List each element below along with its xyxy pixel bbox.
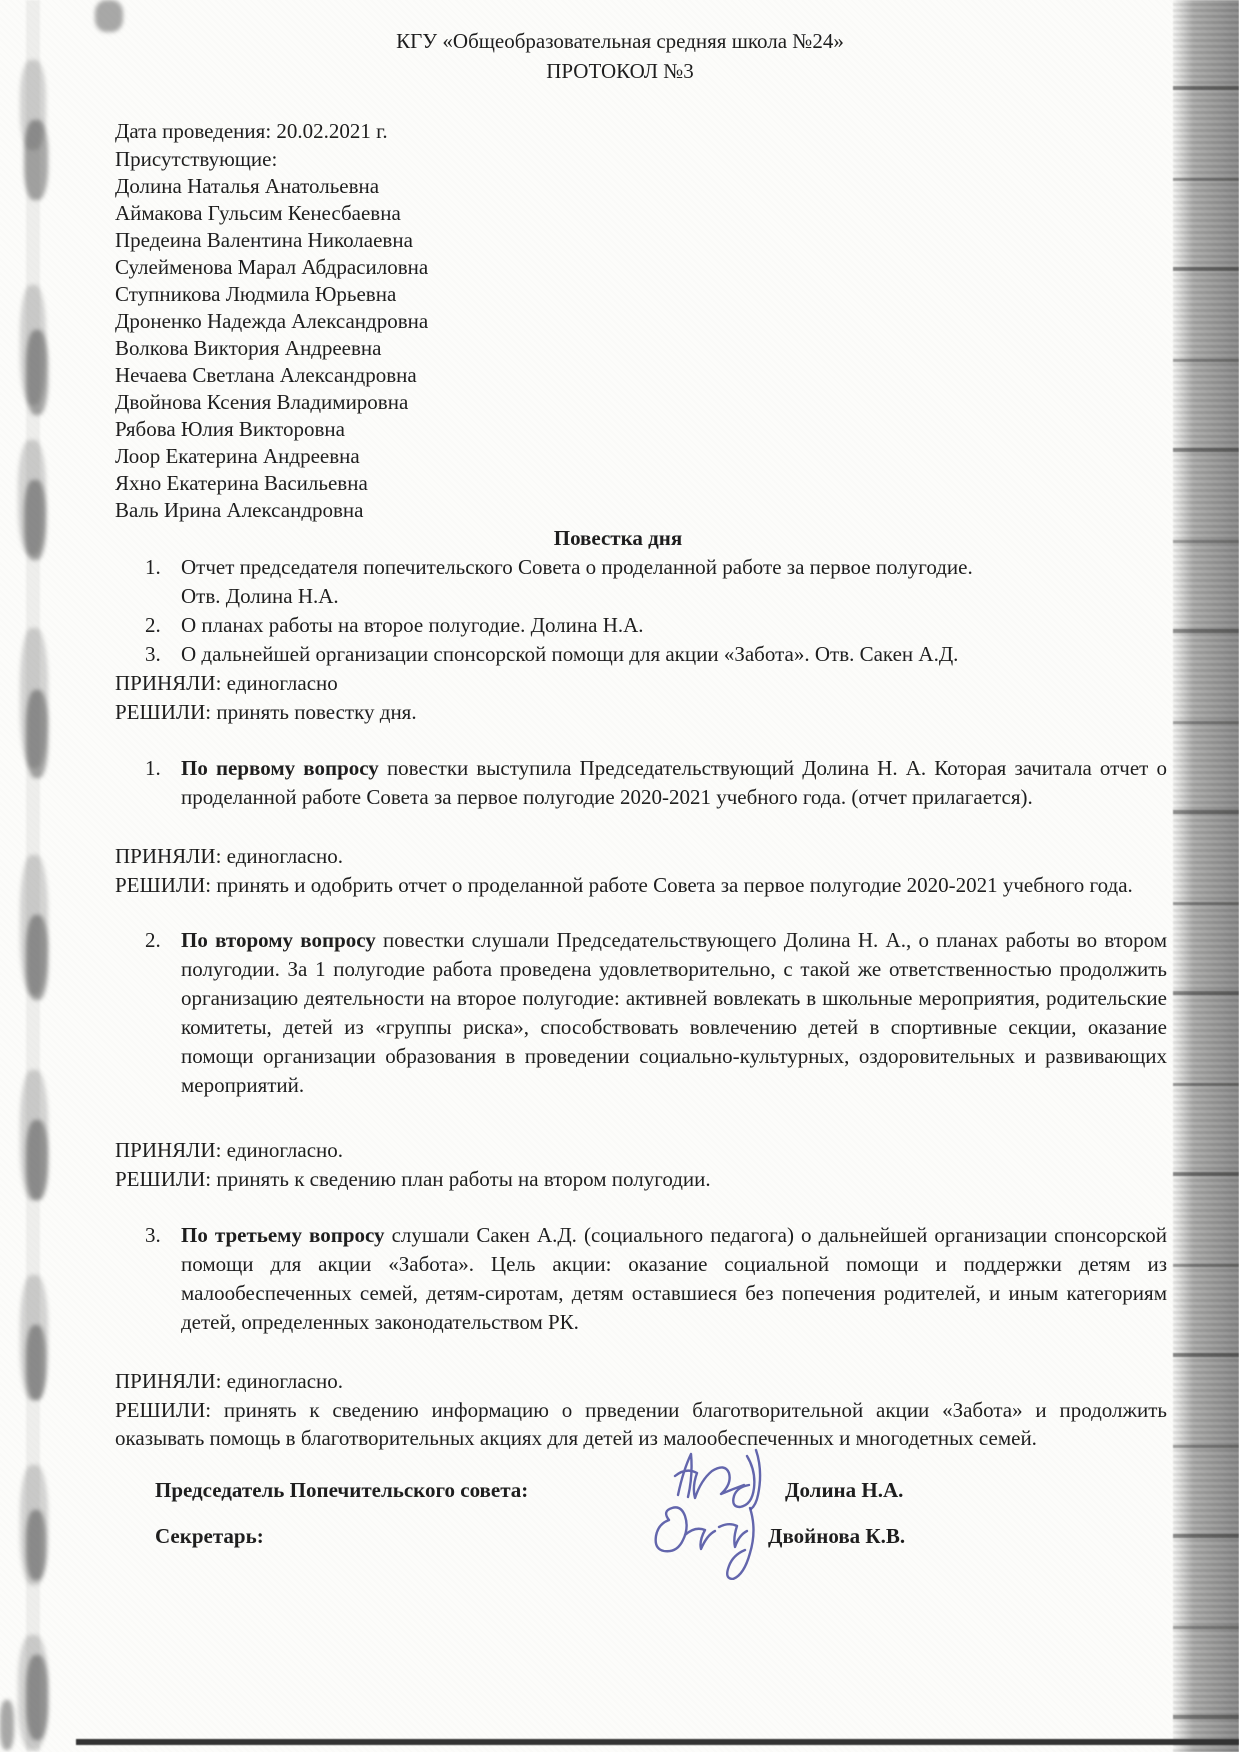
- document-title: КГУ «Общеобразовательная средняя школа №…: [115, 26, 1125, 86]
- section-2-resolution: ПРИНЯЛИ: единогласно. РЕШИЛИ: принять к …: [115, 1136, 1167, 1193]
- section-body-text: повестки слушали Председательствующего Д…: [181, 928, 1167, 1097]
- attendee-name: Дроненко Надежда Александровна: [115, 308, 1167, 335]
- scan-smudge: [26, 690, 48, 778]
- attendee-name: Двойнова Ксения Владимировна: [115, 389, 1167, 416]
- agenda-adopted-line: ПРИНЯЛИ: единогласно: [115, 669, 1167, 698]
- adopted-line: ПРИНЯЛИ: единогласно.: [115, 842, 1167, 871]
- chair-label: Председатель Попечительского совета:: [155, 1478, 528, 1502]
- resolved-line: РЕШИЛИ: принять к сведению план работы н…: [115, 1165, 1167, 1194]
- scan-smudge: [26, 1655, 48, 1740]
- attendees-label: Присутствующие:: [115, 146, 1167, 174]
- attendee-name: Валь Ирина Александровна: [115, 497, 1167, 524]
- attendee-name: Волкова Виктория Андреевна: [115, 335, 1167, 362]
- section-number: 1.: [145, 754, 161, 783]
- protocol-number: ПРОТОКОЛ №3: [115, 56, 1125, 86]
- meta-block: Дата проведения: 20.02.2021 г. Присутств…: [115, 118, 1167, 173]
- attendees-list: Долина Наталья Анатольевна Аймакова Гуль…: [115, 173, 1167, 524]
- agenda-item-1: 1. Отчет председателя попечительского Со…: [145, 553, 1167, 611]
- attendee-name: Ступникова Людмила Юрьевна: [115, 281, 1167, 308]
- attendee-name: Яхно Екатерина Васильевна: [115, 470, 1167, 497]
- scan-smudge: [26, 915, 48, 1000]
- section-3-resolution: ПРИНЯЛИ: единогласно. РЕШИЛИ: принять к …: [115, 1367, 1167, 1453]
- section-1: 1. По первому вопросу повестки выступила…: [145, 754, 1167, 812]
- adopted-line: ПРИНЯЛИ: единогласно.: [115, 1136, 1167, 1165]
- resolved-line: РЕШИЛИ: принять и одобрить отчет о проде…: [115, 871, 1167, 900]
- document-body: КГУ «Общеобразовательная средняя школа №…: [115, 26, 1167, 1605]
- attendee-name: Сулейменова Марал Абдрасиловна: [115, 254, 1167, 281]
- section-1-resolution: ПРИНЯЛИ: единогласно. РЕШИЛИ: принять и …: [115, 842, 1167, 899]
- attendee-name: Рябова Юлия Викторовна: [115, 416, 1167, 443]
- adopted-line: ПРИНЯЛИ: единогласно.: [115, 1367, 1167, 1396]
- chair-name: Долина Н.А.: [785, 1475, 903, 1505]
- resolved-line: РЕШИЛИ: принять к сведению информацию о …: [115, 1396, 1167, 1453]
- section-2: 2. По второму вопросу повестки слушали П…: [145, 926, 1167, 1100]
- secretary-name: Двойнова К.В.: [768, 1521, 905, 1551]
- scan-smudge: [95, 0, 123, 32]
- section-lead: По первому вопросу: [181, 756, 379, 780]
- agenda-resolved-line: РЕШИЛИ: принять повестку дня.: [115, 698, 1167, 727]
- scan-smudge: [26, 1510, 46, 1580]
- agenda-list: 1. Отчет председателя попечительского Со…: [115, 553, 1167, 669]
- agenda-item-number: 1.: [145, 553, 161, 582]
- agenda-item-text: О дальнейшей организации спонсорской пом…: [181, 642, 958, 666]
- attendee-name: Аймакова Гульсим Кенесбаевна: [115, 200, 1167, 227]
- attendee-name: Предеина Валентина Николаевна: [115, 227, 1167, 254]
- school-name: КГУ «Общеобразовательная средняя школа №…: [115, 26, 1125, 56]
- secretary-signature-row: Секретарь: Двойнова К.В.: [155, 1521, 1167, 1567]
- scan-smudge: [0, 1700, 14, 1750]
- agenda-item-number: 2.: [145, 611, 161, 640]
- agenda-item-2: 2. О планах работы на второе полугодие. …: [145, 611, 1167, 640]
- section-3: 3. По третьему вопросу слушали Сакен А.Д…: [145, 1221, 1167, 1337]
- scan-smudge: [26, 330, 48, 415]
- agenda-item-text: Отчет председателя попечительского Совет…: [181, 555, 973, 608]
- scan-smudge: [24, 480, 46, 560]
- agenda-heading: Повестка дня: [115, 524, 1121, 553]
- secretary-label: Секретарь:: [155, 1524, 264, 1548]
- scan-smudge: [26, 1325, 46, 1400]
- agenda-item-number: 3.: [145, 640, 161, 669]
- attendee-name: Нечаева Светлана Александровна: [115, 362, 1167, 389]
- section-number: 2.: [145, 926, 161, 955]
- agenda-item-text: О планах работы на второе полугодие. Дол…: [181, 613, 644, 637]
- section-lead: По третьему вопросу: [181, 1223, 385, 1247]
- meeting-date: Дата проведения: 20.02.2021 г.: [115, 118, 1167, 146]
- scan-bottom-edge-line: [76, 1739, 1239, 1745]
- section-number: 3.: [145, 1221, 161, 1250]
- scan-smudge: [24, 120, 48, 200]
- attendee-name: Лоор Екатерина Андреевна: [115, 443, 1167, 470]
- attendee-name: Долина Наталья Анатольевна: [115, 173, 1167, 200]
- scan-smudge: [26, 1120, 48, 1200]
- signature-block: Председатель Попечительского совета: Дол…: [155, 1475, 1167, 1605]
- scan-right-shadow-band: [1173, 0, 1239, 1752]
- section-lead: По второму вопросу: [181, 928, 376, 952]
- chair-signature-row: Председатель Попечительского совета: Дол…: [155, 1475, 1167, 1521]
- agenda-item-3: 3. О дальнейшей организации спонсорской …: [145, 640, 1167, 669]
- document-page: КГУ «Общеобразовательная средняя школа №…: [0, 0, 1239, 1752]
